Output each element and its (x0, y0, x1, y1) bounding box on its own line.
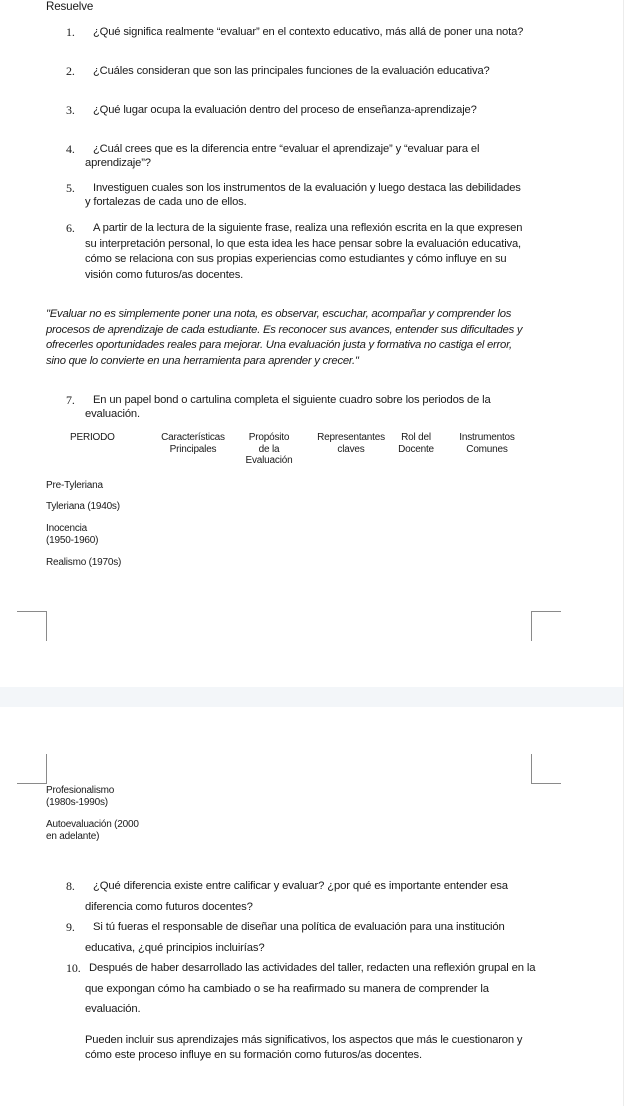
table-header-periodo: PERIODO (62, 432, 132, 444)
question-text: ¿Qué diferencia existe entre calificar y… (66, 876, 536, 917)
question-number: 6. (66, 221, 75, 235)
closing-paragraph: Pueden incluir sus aprendizajes más sign… (85, 1033, 535, 1063)
table-header-proposito: Propósito de la Evaluación (243, 432, 295, 467)
period-row-label: Profesionalismo (1980s-1990s) (46, 785, 136, 808)
question-text: ¿Qué lugar ocupa la evaluación dentro de… (66, 103, 526, 117)
question-item: 4. ¿Cuál crees que es la diferencia entr… (66, 142, 526, 170)
question-item: 8. ¿Qué diferencia existe entre califica… (66, 876, 536, 917)
question-number: 3. (66, 103, 75, 117)
table-header-caracteristicas: Características Principales (154, 432, 232, 455)
question-item: 3. ¿Qué lugar ocupa la evaluación dentro… (66, 103, 526, 117)
question-text: Después de haber desarrollado las activi… (66, 958, 536, 1020)
question-item: 10. Después de haber desarrollado las ac… (66, 958, 536, 1020)
table-header-instrumentos: Instrumentos Comunes (451, 432, 523, 455)
question-text: Investiguen cuales son los instrumentos … (66, 181, 526, 209)
question-text: ¿Qué significa realmente “evaluar” en el… (66, 25, 526, 39)
question-number: 7. (66, 393, 75, 407)
page-corner-mark (531, 611, 561, 641)
period-row-label: Realismo (1970s) (46, 557, 121, 569)
page-corner-mark (17, 754, 47, 784)
question-text: A partir de la lectura de la siguiente f… (66, 221, 528, 283)
period-row-label: Inocencia (1950-1960) (46, 523, 106, 546)
period-row-label: Pre-Tyleriana (46, 480, 103, 492)
table-header-rol-docente: Rol del Docente (396, 432, 436, 455)
question-number: 10. (66, 958, 81, 979)
question-number: 2. (66, 64, 75, 78)
question-item: 6. A partir de la lectura de la siguient… (66, 221, 528, 283)
question-number: 5. (66, 181, 75, 195)
question-text: ¿Cuál crees que es la diferencia entre “… (66, 142, 526, 170)
section-heading: Resuelve (46, 0, 93, 13)
question-text: ¿Cuáles consideran que son las principal… (66, 64, 526, 78)
table-header-representantes: Representantes claves (311, 432, 391, 455)
period-row-label: Tyleriana (1940s) (46, 501, 120, 513)
question-item: 1. ¿Qué significa realmente “evaluar” en… (66, 25, 526, 39)
question-number: 9. (66, 917, 75, 938)
question-item: 9. Si tú fueras el responsable de diseña… (66, 917, 536, 958)
question-item: 2. ¿Cuáles consideran que son las princi… (66, 64, 526, 78)
period-row-label: Autoevaluación (2000 en adelante) (46, 819, 146, 842)
question-number: 8. (66, 876, 75, 897)
page-corner-mark (17, 611, 47, 641)
question-number: 4. (66, 142, 75, 156)
page-corner-mark (531, 754, 561, 784)
quote-block: "Evaluar no es simplemente poner una not… (46, 307, 526, 369)
question-item: 5. Investiguen cuales son los instrument… (66, 181, 526, 209)
question-text: En un papel bond o cartulina completa el… (66, 393, 526, 421)
question-number: 1. (66, 25, 75, 39)
question-item: 7. En un papel bond o cartulina completa… (66, 393, 526, 421)
page-break (0, 687, 623, 707)
question-text: Si tú fueras el responsable de diseñar u… (66, 917, 536, 958)
